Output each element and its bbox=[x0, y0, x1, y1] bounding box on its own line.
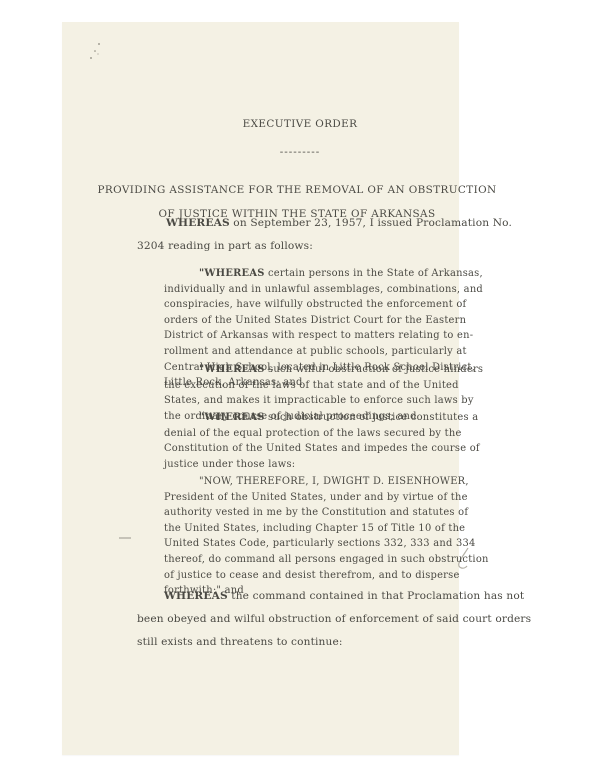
closing-third-line: still exists and threatens to continue: bbox=[137, 636, 343, 648]
quoted-first-line-rest: "NOW, THEREFORE, I, DWIGHT D. EISENHOWER… bbox=[199, 476, 469, 487]
quoted-paragraph-line: denial of the equal protection of the la… bbox=[164, 428, 462, 439]
quoted-paragraph-first-line: "WHEREAS certain persons in the State of… bbox=[199, 268, 483, 279]
closing-lead-word: WHEREAS bbox=[164, 590, 228, 602]
quoted-paragraph-line: justice under those laws: bbox=[164, 459, 295, 470]
quoted-paragraph-line: of justice to cease and desist therefrom… bbox=[164, 570, 460, 581]
margin-dash-mark bbox=[118, 536, 132, 540]
quoted-paragraph-line: District of Arkansas with respect to mat… bbox=[164, 330, 473, 341]
quoted-first-line-rest: such wilful obstruction of justice hinde… bbox=[265, 364, 484, 375]
quoted-paragraph-line: the execution of the laws of that state … bbox=[164, 380, 459, 391]
closing-second-line: been obeyed and wilful obstruction of en… bbox=[137, 613, 531, 625]
quoted-lead-word: "WHEREAS bbox=[199, 364, 265, 375]
quoted-paragraph-line: Constitution of the United States and im… bbox=[164, 443, 480, 454]
closing-first-line: WHEREAS the command contained in that Pr… bbox=[164, 590, 524, 602]
quoted-lead-word: "WHEREAS bbox=[199, 268, 265, 279]
subtitle-line-1: PROVIDING ASSISTANCE FOR THE REMOVAL OF … bbox=[0, 184, 597, 196]
closing-first-line-rest: the command contained in that Proclamati… bbox=[228, 590, 525, 602]
quoted-paragraph-line: conspiracies, have wilfully obstructed t… bbox=[164, 299, 466, 310]
quoted-first-line-rest: certain persons in the State of Arkansas… bbox=[265, 268, 483, 279]
heading-separator: --------- bbox=[0, 146, 600, 158]
intro-second-line: 3204 reading in part as follows: bbox=[137, 240, 313, 252]
quoted-paragraph-first-line: "WHEREAS such wilful obstruction of just… bbox=[199, 364, 483, 375]
intro-first-line-rest: on September 23, 1957, I issued Proclama… bbox=[230, 217, 512, 229]
quoted-lead-word: "WHEREAS bbox=[199, 412, 265, 423]
quoted-paragraph-line: the United States, including Chapter 15 … bbox=[164, 523, 465, 534]
quoted-paragraph-line: thereof, do command all persons engaged … bbox=[164, 554, 489, 565]
stray-marks bbox=[86, 40, 106, 66]
quoted-paragraph-line: orders of the United States District Cou… bbox=[164, 315, 466, 326]
quoted-paragraph-line: United States Code, particularly section… bbox=[164, 538, 476, 549]
quoted-paragraph-line: President of the United States, under an… bbox=[164, 492, 468, 503]
quoted-paragraph-first-line: "NOW, THEREFORE, I, DWIGHT D. EISENHOWER… bbox=[199, 476, 469, 487]
quoted-paragraph-line: authority vested in me by the Constituti… bbox=[164, 507, 468, 518]
intro-lead-word: WHEREAS bbox=[166, 217, 230, 229]
quoted-paragraph-line: rollment and attendance at public school… bbox=[164, 346, 467, 357]
quoted-paragraph-line: States, and makes it impracticable to en… bbox=[164, 395, 474, 406]
intro-first-line: WHEREAS on September 23, 1957, I issued … bbox=[166, 217, 512, 229]
quoted-first-line-rest: such obstruction of justice constitutes … bbox=[265, 412, 479, 423]
quoted-paragraph-first-line: "WHEREAS such obstruction of justice con… bbox=[199, 412, 478, 423]
document-heading: EXECUTIVE ORDER bbox=[0, 118, 600, 130]
quoted-paragraph-line: individually and in unlawful assemblages… bbox=[164, 284, 483, 295]
